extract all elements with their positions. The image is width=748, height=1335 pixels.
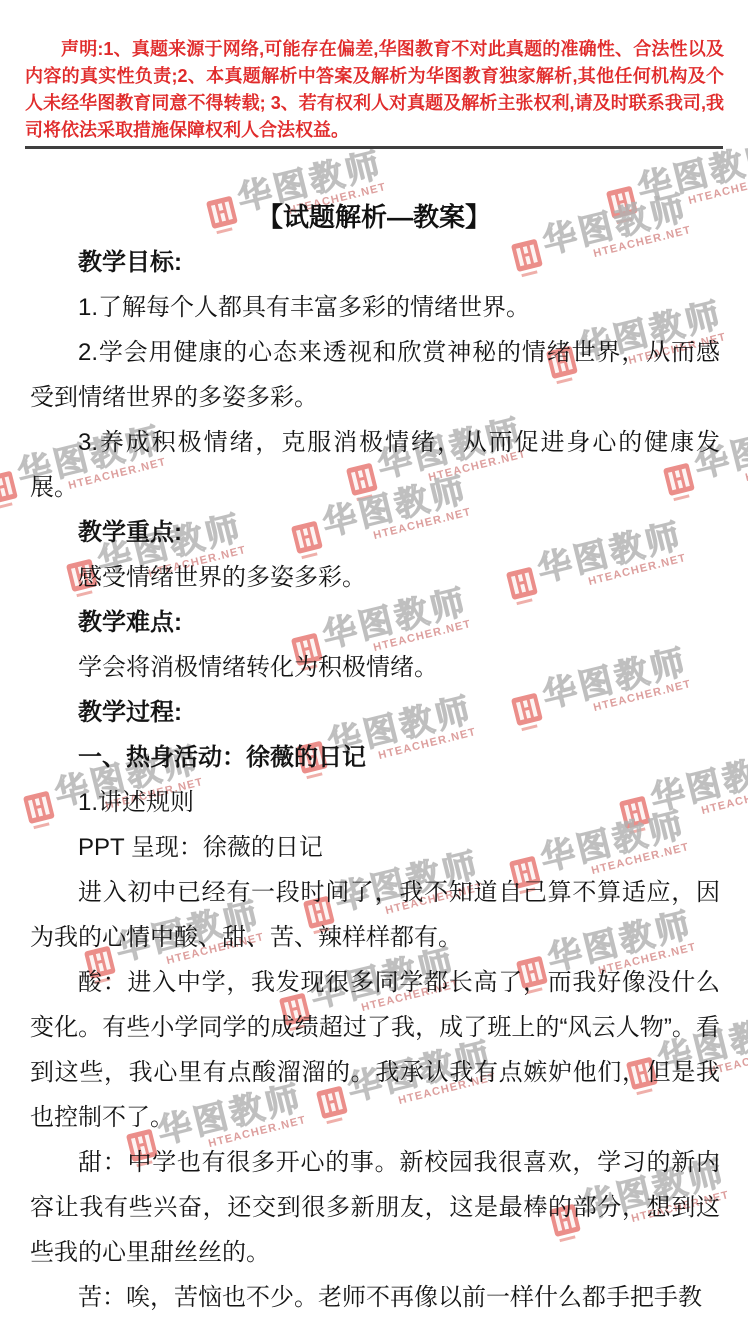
disclaimer-text: 声明:1、真题来源于网络,可能存在偏差,华图教育不对此真题的准确性、合法性以及内… bbox=[25, 0, 724, 144]
paragraph: 学会将消极情绪转化为积极情绪。 bbox=[30, 645, 720, 690]
document-body: 教学目标:1.了解每个人都具有丰富多彩的情绪世界。2.学会用健康的心态来透视和欣… bbox=[30, 240, 720, 1320]
paragraph: 教学过程: bbox=[30, 690, 720, 735]
disclaimer-label: 声明: bbox=[61, 39, 103, 59]
paragraph: 感受情绪世界的多姿多彩。 bbox=[30, 555, 720, 600]
paragraph: 教学重点: bbox=[30, 510, 720, 555]
paragraph: 1.了解每个人都具有丰富多彩的情绪世界。 bbox=[30, 285, 720, 330]
paragraph: 一、热身活动：徐薇的日记 bbox=[30, 735, 720, 780]
paragraph: 2.学会用健康的心态来透视和欣赏神秘的情绪世界，从而感受到情绪世界的多姿多彩。 bbox=[30, 330, 720, 420]
disclaimer-body: 1、真题来源于网络,可能存在偏差,华图教育不对此真题的准确性、合法性以及内容的真… bbox=[25, 39, 724, 140]
document-title: 【试题解析—教案】 bbox=[0, 195, 748, 240]
paragraph: 苦：唉，苦恼也不少。老师不再像以前一样什么都手把手教 bbox=[30, 1275, 720, 1320]
paragraph: 酸：进入中学，我发现很多同学都长高了，而我好像没什么变化。有些小学同学的成绩超过… bbox=[30, 960, 720, 1140]
paragraph: PPT 呈现：徐薇的日记 bbox=[30, 825, 720, 870]
paragraph: 进入初中已经有一段时间了，我不知道自己算不算适应，因为我的心情中酸、甜、苦、辣样… bbox=[30, 870, 720, 960]
document-content: 声明:1、真题来源于网络,可能存在偏差,华图教育不对此真题的准确性、合法性以及内… bbox=[0, 0, 748, 1320]
paragraph: 教学目标: bbox=[30, 240, 720, 285]
paragraph: 1.讲述规则 bbox=[30, 780, 720, 825]
document-page: 华图教师 HTEACHER.NET 华图教师 HTEACHER.NET 华图教师… bbox=[0, 0, 748, 1335]
section-divider bbox=[25, 146, 723, 149]
paragraph: 甜：中学也有很多开心的事。新校园我很喜欢，学习的新内容让我有些兴奋，还交到很多新… bbox=[30, 1140, 720, 1275]
paragraph: 3.养成积极情绪，克服消极情绪，从而促进身心的健康发展。 bbox=[30, 420, 720, 510]
paragraph: 教学难点: bbox=[30, 600, 720, 645]
